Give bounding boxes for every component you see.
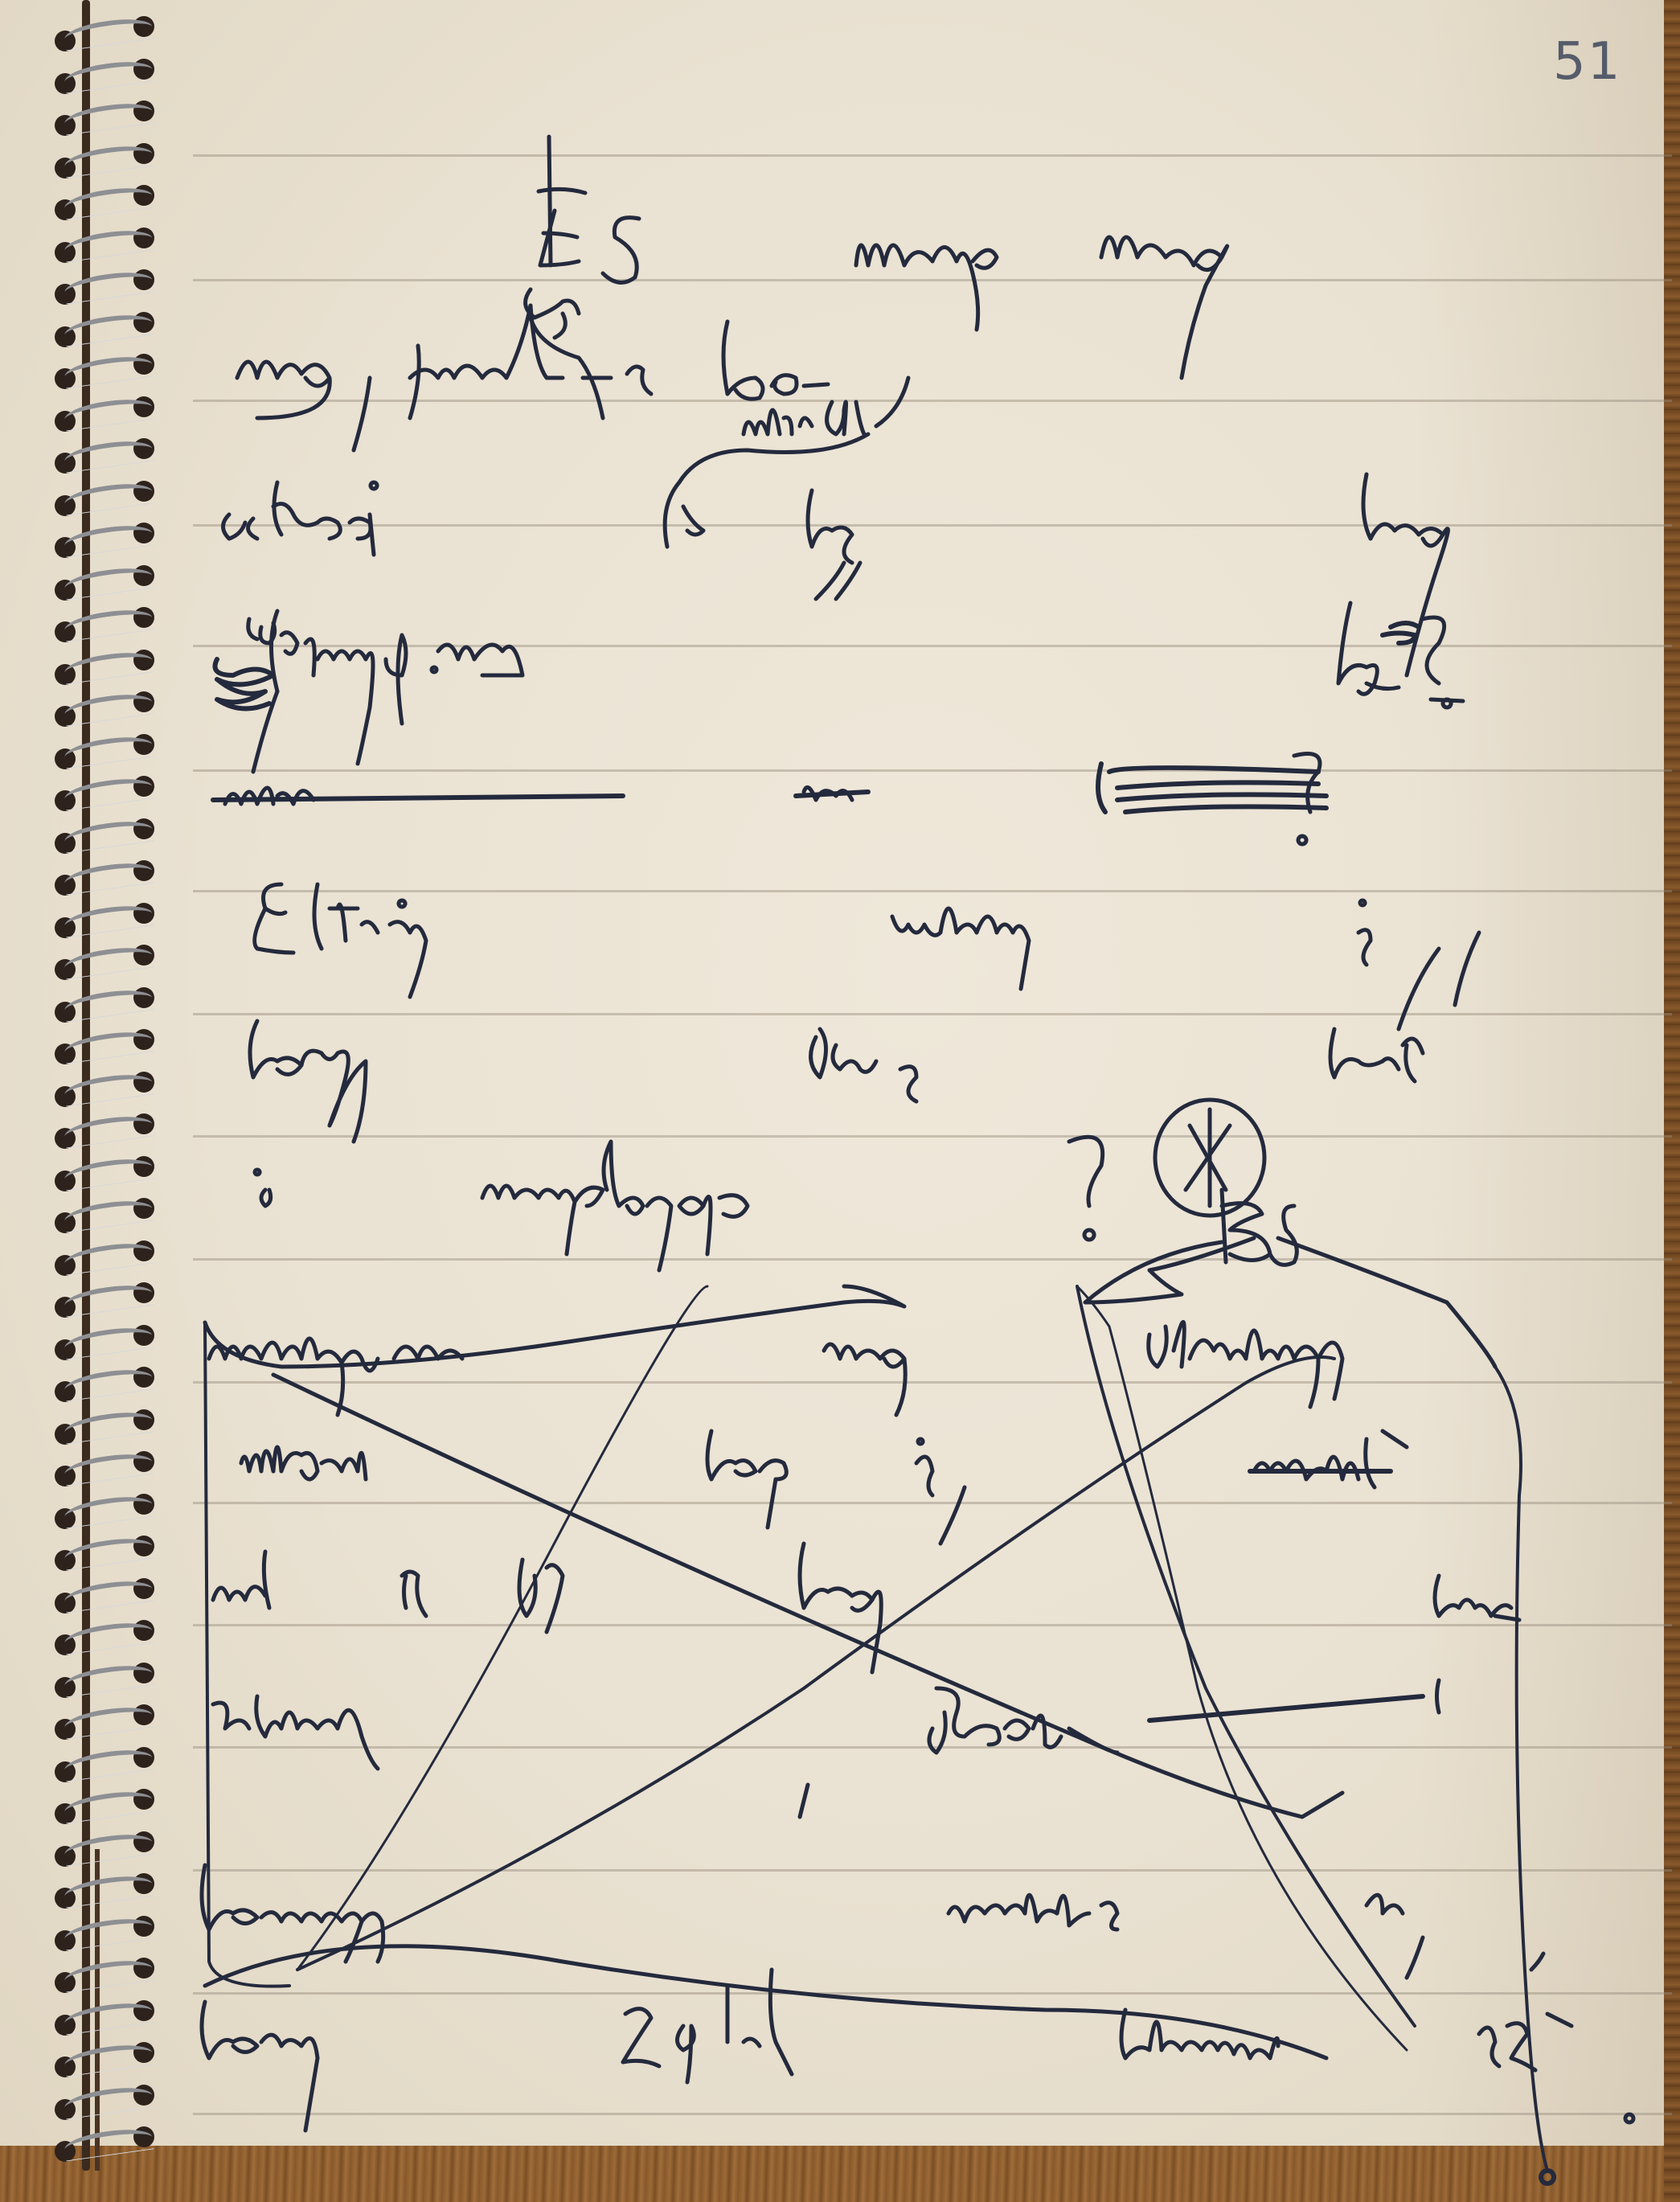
line-7-handwriting <box>250 933 1479 1142</box>
line-2-handwriting <box>237 289 828 450</box>
line-4-handwriting <box>215 603 1464 772</box>
line-6-handwriting <box>255 884 1439 1029</box>
line-5-struck-handwriting <box>213 754 1326 844</box>
line-1-handwriting <box>539 137 1227 378</box>
crossed-out-block-handwriting <box>202 1286 1633 2184</box>
line-8-handwriting <box>255 1100 1495 1367</box>
line-3-insertion <box>665 378 908 547</box>
handwriting-layer <box>0 0 1680 2202</box>
